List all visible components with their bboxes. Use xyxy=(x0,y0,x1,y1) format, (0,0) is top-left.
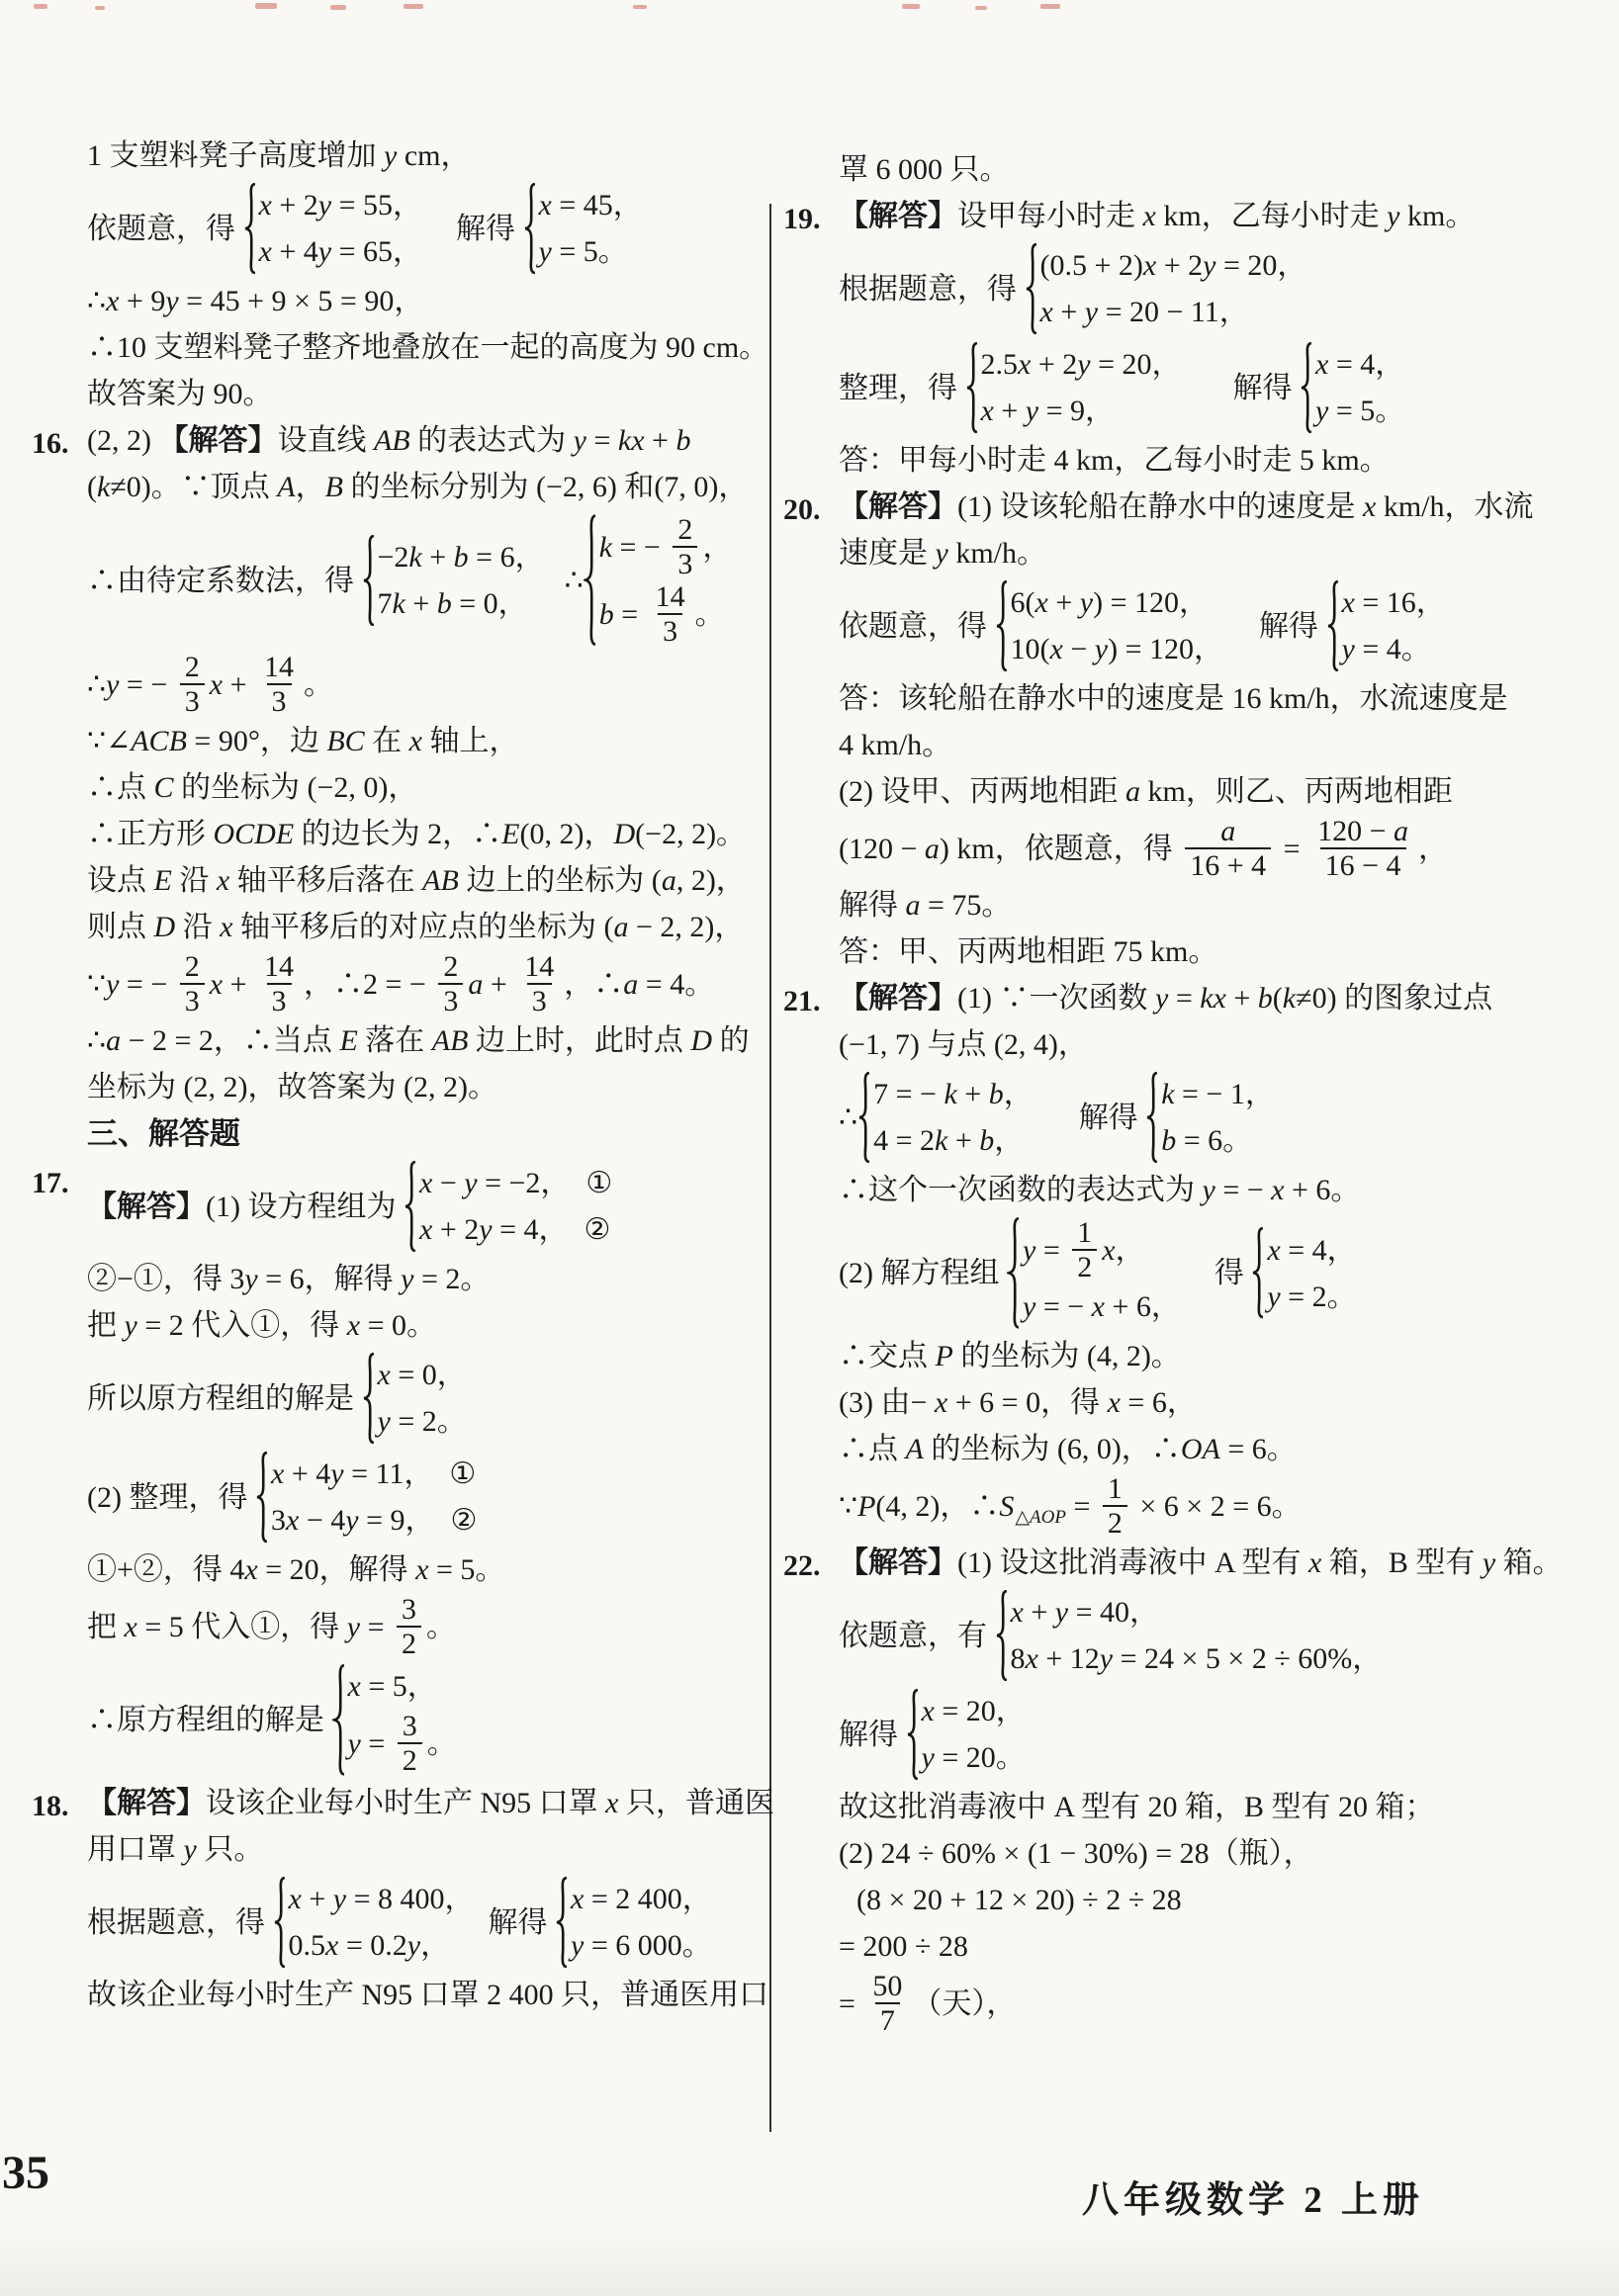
math-variable: y xyxy=(1483,1540,1495,1586)
math-variable: a xyxy=(1220,815,1235,847)
math-variable: x xyxy=(922,1688,935,1734)
text-run: + xyxy=(422,534,454,580)
content-line: 故答案为 90。 xyxy=(87,371,769,417)
fraction-numerator: 50 xyxy=(867,1970,907,2002)
fraction: 143 xyxy=(259,651,299,718)
workbook-answer-page: 1 支塑料凳子高度增加 y cm，依题意，得 x + 2y = 55，x + 4… xyxy=(0,0,1619,2296)
equation-row: x − y = −2，① xyxy=(419,1160,612,1206)
fraction-numerator: 14 xyxy=(651,580,690,613)
left-brace-icon xyxy=(273,1877,286,1968)
fraction-denominator: 2 xyxy=(1072,1249,1097,1283)
math-variable: b xyxy=(1258,975,1273,1021)
equation-row: b = 143。 xyxy=(599,580,733,648)
fraction-denominator: 3 xyxy=(438,983,463,1017)
left-brace-icon xyxy=(1326,580,1339,671)
text-run: = 45， xyxy=(552,182,643,228)
text-run: 罩 6 000 只。 xyxy=(839,146,1010,193)
text-run: ∴由待定系数法，得 xyxy=(87,558,362,604)
text-run: 则点 xyxy=(87,904,154,950)
math-variable: a xyxy=(662,857,676,904)
equation-row: b = 6。 xyxy=(1161,1117,1275,1164)
math-variable: x xyxy=(1108,1379,1121,1426)
text-run: 解得 xyxy=(489,1899,556,1946)
equation-rows: x = 16，y = 4。 xyxy=(1342,579,1446,672)
left-brace-icon xyxy=(255,1452,268,1543)
text-run: 依题意，有 xyxy=(839,1613,995,1659)
right-column: 罩 6 000 只。19.【解答】设甲每小时走 x km，乙每小时走 y km。… xyxy=(839,146,1571,2037)
math-variable: x xyxy=(1092,1283,1105,1330)
math-variable: x xyxy=(1018,341,1031,388)
text-run: = 5 代入①，得 xyxy=(137,1604,347,1650)
math-variable: b xyxy=(599,591,614,638)
left-brace-icon xyxy=(584,514,596,646)
text-run: 答：甲、丙两地相距 75 km。 xyxy=(839,928,1217,975)
text-run: ∴交点 xyxy=(839,1333,936,1379)
text-run: ②−①，得 3 xyxy=(87,1256,244,1302)
fraction-numerator: 14 xyxy=(519,950,559,983)
bold-label: 【解答】 xyxy=(87,1780,206,1826)
text-run: ) = 120， xyxy=(1108,626,1223,672)
content-line: 把 x = 5 代入①，得 y = 32。 xyxy=(87,1593,769,1660)
math-variable: AB xyxy=(422,857,459,904)
text-run: + xyxy=(947,1117,979,1164)
text-run: 2 xyxy=(185,651,200,683)
equation-system: x = 2 400，y = 6 000。 xyxy=(555,1876,712,1969)
text-run: = 75。 xyxy=(921,882,1012,928)
text-run: = 24 × 5 × 2 ÷ 60%， xyxy=(1113,1635,1382,1682)
equation-system: y = 12x，y = − x + 6， xyxy=(1007,1216,1181,1330)
scan-artifact xyxy=(34,4,47,9)
text-run: ①+②，得 4 xyxy=(87,1546,244,1593)
equation-system: 7 = − k + b，4 = 2k + b， xyxy=(857,1071,1034,1164)
fraction: 23 xyxy=(180,950,205,1017)
math-variable: x xyxy=(935,1379,947,1426)
content-line: ∴这个一次函数的表达式为 y = − x + 6。 xyxy=(839,1167,1571,1213)
text-run: −2 xyxy=(378,534,409,580)
math-variable: y xyxy=(574,417,586,464)
text-run: = 2。 xyxy=(414,1256,491,1302)
math-variable: x xyxy=(1143,242,1156,289)
text-run: 14 xyxy=(524,950,554,983)
text-run: = xyxy=(586,417,618,464)
equation-row: 2.5x + 2y = 20， xyxy=(981,341,1182,388)
equation-row: (0.5 + 2)x + 2y = 20， xyxy=(1040,242,1307,289)
math-variable: A xyxy=(906,1426,924,1472)
equation-row: x = 45， xyxy=(539,182,643,228)
math-variable: k xyxy=(944,1071,956,1117)
equation-system: x + y = 40，8x + 12y = 24 × 5 × 2 ÷ 60%， xyxy=(995,1589,1383,1682)
math-variable: x xyxy=(1011,1589,1024,1635)
math-variable: x xyxy=(981,388,994,434)
equation-rows: −2k + b = 6，7k + b = 0， xyxy=(378,534,545,627)
math-variable: y xyxy=(1095,626,1108,672)
text-run: 。 xyxy=(695,591,725,638)
equation-row: y = 6 000。 xyxy=(571,1922,712,1969)
content-line: 答：甲、丙两地相距 75 km。 xyxy=(839,928,1571,975)
text-run: + 6。 xyxy=(1285,1167,1361,1213)
text-run: 设点 xyxy=(87,857,154,904)
math-variable: x xyxy=(217,857,229,904)
text-run: = 6 000。 xyxy=(584,1922,711,1969)
text-run: = −2， xyxy=(478,1160,571,1206)
spacer xyxy=(1182,388,1233,389)
text-run: (2) 解方程组 xyxy=(839,1250,1007,1296)
equation-rows: y = 12x，y = − x + 6， xyxy=(1023,1216,1181,1330)
left-brace-icon xyxy=(362,535,375,626)
math-variable: x xyxy=(1050,626,1063,672)
text-run: + xyxy=(645,417,676,464)
content-line: ∴点 C 的坐标为 (−2, 0)， xyxy=(87,764,769,811)
math-variable: ACB xyxy=(131,718,187,764)
section-heading: 三、解答题 xyxy=(87,1110,769,1157)
math-variable: y xyxy=(1026,388,1038,434)
equation-row: y = 32。 xyxy=(348,1710,457,1777)
content-line: 【解答】(1) 设该轮船在静水中的速度是 x km/h，水流 xyxy=(839,484,1571,530)
content-line: ∴a − 2 = 2，∴当点 E 落在 AB 边上时，此时点 D 的 xyxy=(87,1017,769,1064)
math-variable: x xyxy=(325,1922,338,1969)
text-run: ∴ xyxy=(87,1017,106,1064)
text-run: 沿 xyxy=(172,857,217,904)
text-run: ( xyxy=(1273,975,1283,1021)
math-variable: S xyxy=(999,1483,1014,1530)
math-variable: x xyxy=(419,1206,432,1253)
text-run: , 2)， xyxy=(676,857,746,904)
text-run: km，乙每小时走 xyxy=(1156,193,1387,239)
equation-system: 6(x + y) = 120，10(x − y) = 120， xyxy=(995,579,1224,672)
bold-label: 【解答】 xyxy=(158,417,277,464)
content-line: (3) 由− x + 6 = 0，得 x = 6， xyxy=(839,1379,1571,1426)
text-run: = 5。 xyxy=(1328,388,1404,434)
continuation-text: 罩 6 000 只。 xyxy=(839,146,1571,193)
text-run: 。 xyxy=(427,1721,457,1767)
content-line: ∴交点 P 的坐标为 (4, 2)。 xyxy=(839,1333,1571,1379)
equation-system: x = 45，y = 5。 xyxy=(523,182,643,275)
text-run: ) km，依题意，得 xyxy=(940,826,1180,872)
math-variable: y xyxy=(184,1826,197,1873)
math-variable: D xyxy=(690,1017,712,1064)
math-variable: E xyxy=(501,811,519,857)
text-run: (2) 24 ÷ 60% × (1 − 30%) = 28（瓶）， xyxy=(839,1830,1313,1877)
text-run: = 0， xyxy=(452,580,528,627)
math-variable: y xyxy=(348,1721,361,1767)
text-run: 解得 xyxy=(1079,1095,1146,1141)
equation-rows: k = − 23，b = 143。 xyxy=(599,513,733,648)
equation-system: x + y = 8 400，0.5x = 0.2y， xyxy=(273,1876,475,1969)
equation-rows: x + 2y = 55，x + 4y = 65， xyxy=(259,182,423,275)
math-variable: a xyxy=(623,961,638,1008)
problem-number: 17. xyxy=(32,1160,69,1206)
equation-label: ① xyxy=(585,1160,612,1206)
math-variable: b xyxy=(1161,1117,1176,1164)
text-run: = 90°，边 xyxy=(187,718,326,764)
math-variable: x xyxy=(605,1780,618,1826)
text-run: ∵∠ xyxy=(87,718,131,764)
equation-row: 7k + b = 0， xyxy=(378,580,545,627)
content-line: 故该企业每小时生产 N95 口罩 2 400 只，普通医用口 xyxy=(87,1972,769,2018)
bold-label: 【解答】 xyxy=(839,1540,957,1586)
column-divider-rule xyxy=(769,204,771,2132)
text-run: 用口罩 xyxy=(87,1826,184,1873)
text-run: = 20 − 11， xyxy=(1098,289,1249,335)
text-run: (4, 2)，∴ xyxy=(875,1483,999,1530)
math-variable: y xyxy=(1203,242,1215,289)
fraction-numerator: 1 xyxy=(1072,1216,1097,1249)
text-run: 速度是 xyxy=(839,530,936,576)
text-run: + 12 xyxy=(1038,1635,1100,1682)
fraction-numerator: a xyxy=(1215,815,1240,847)
math-variable: y xyxy=(479,1206,492,1253)
math-variable: kx xyxy=(1200,975,1226,1021)
text-run: = 200 ÷ 28 xyxy=(839,1923,968,1970)
fraction-denominator: 7 xyxy=(875,2002,900,2037)
text-run: (1) ∵一次函数 xyxy=(957,975,1155,1021)
text-run: 依题意，得 xyxy=(839,603,995,650)
text-run: 2 xyxy=(443,950,458,983)
text-run: + 2 xyxy=(1156,242,1203,289)
text-run: 7 = − xyxy=(873,1071,944,1117)
text-run: 的表达式为 xyxy=(410,417,574,464)
text-run: 答：甲每小时走 4 km，乙每小时走 5 km。 xyxy=(839,437,1390,484)
text-run: 把 xyxy=(87,1604,125,1650)
problem-item: 16.(2, 2) 【解答】设直线 AB 的表达式为 y = kx + b(k≠… xyxy=(87,417,769,1110)
content-line: 坐标为 (2, 2)，故答案为 (2, 2)。 xyxy=(87,1064,769,1110)
text-run: 3 xyxy=(677,548,692,580)
fraction-denominator: 3 xyxy=(658,613,682,648)
fraction: 120 − a16 − 4 xyxy=(1312,815,1413,882)
text-run: = 11， xyxy=(344,1451,434,1497)
math-variable: x xyxy=(259,228,272,275)
math-variable: y xyxy=(378,1398,391,1445)
text-run: = 55， xyxy=(331,182,422,228)
fraction-denominator: 3 xyxy=(527,983,552,1017)
math-variable: P xyxy=(936,1333,953,1379)
spacer xyxy=(1223,626,1259,627)
text-run: = 20，解得 xyxy=(258,1546,415,1593)
text-run: 根据题意，得 xyxy=(839,266,1025,312)
text-run: + xyxy=(302,1876,333,1922)
math-variable: y xyxy=(922,1734,935,1781)
equation-row: x + y = 9， xyxy=(981,388,1182,434)
text-run: 14 xyxy=(264,651,294,683)
text-run: ， xyxy=(1116,1227,1145,1274)
text-run: 0.5 xyxy=(289,1922,326,1969)
text-run: = xyxy=(1276,826,1307,872)
fraction-numerator: 3 xyxy=(398,1710,422,1742)
content-line: ∴x + 9y = 45 + 9 × 5 = 90， xyxy=(87,278,769,324)
text-run: 16 − 4 xyxy=(1325,849,1401,882)
text-run: 轴上， xyxy=(422,718,519,764)
math-variable: k xyxy=(97,464,110,510)
math-variable: OCDE xyxy=(214,811,295,857)
text-run: （天）， xyxy=(912,1981,1016,2027)
text-run: ∴10 支塑料凳子整齐地叠放在一起的高度为 90 cm。 xyxy=(87,324,768,371)
left-brace-icon xyxy=(857,1072,870,1163)
spacer xyxy=(475,1922,489,1923)
math-variable: y xyxy=(318,182,331,228)
text-run: + xyxy=(483,961,514,1008)
math-variable: y xyxy=(571,1922,584,1969)
continuation-text: 1 支塑料凳子高度增加 y cm，依题意，得 x + 2y = 55，x + 4… xyxy=(87,132,769,417)
text-run: 6( xyxy=(1011,579,1035,626)
content-line: 答：甲每小时走 4 km，乙每小时走 5 km。 xyxy=(839,437,1571,484)
text-run: 2 xyxy=(403,1744,417,1777)
text-run: = xyxy=(614,591,646,638)
text-run: 14 xyxy=(656,580,685,613)
text-run: = 2 代入①，得 xyxy=(137,1302,347,1349)
math-variable: a xyxy=(1394,815,1408,847)
equation-system: x = 20，y = 20。 xyxy=(906,1688,1026,1781)
math-variable: b xyxy=(989,1071,1004,1117)
fraction-numerator: 1 xyxy=(1103,1472,1127,1505)
text-run: 2 xyxy=(677,513,692,546)
equation-row: x + 4y = 11，① xyxy=(271,1451,477,1497)
text-run: ， xyxy=(1418,826,1448,872)
content-line: ∴点 A 的坐标为 (6, 0)，∴OA = 6。 xyxy=(839,1426,1571,1472)
text-run: 3 xyxy=(272,985,287,1017)
equation-system: x = 16，y = 4。 xyxy=(1326,579,1446,672)
text-run: (1) 设方程组为 xyxy=(206,1184,404,1230)
math-variable: x xyxy=(271,1451,284,1497)
content-line: ∴由待定系数法，得 −2k + b = 6，7k + b = 0，∴k = − … xyxy=(87,510,769,651)
text-run: 8 xyxy=(1011,1635,1026,1682)
math-variable: y xyxy=(106,662,119,708)
text-run: 故答案为 90。 xyxy=(87,371,273,417)
left-brace-icon xyxy=(362,1353,375,1444)
math-variable: y xyxy=(1342,626,1355,672)
content-line: 设点 E 沿 x 轴平移后落在 AB 边上的坐标为 (a, 2)， xyxy=(87,857,769,904)
text-run: = 20， xyxy=(935,1688,1026,1734)
text-run: = − xyxy=(1035,1283,1091,1330)
math-variable: P xyxy=(857,1483,875,1530)
text-run: cm， xyxy=(397,132,470,179)
math-variable: x xyxy=(1342,579,1355,626)
text-run: + xyxy=(1024,1589,1055,1635)
math-variable: y xyxy=(936,530,948,576)
text-run: ， xyxy=(420,1922,450,1969)
problem-number: 22. xyxy=(783,1543,821,1589)
text-run: 设该企业每小时生产 N95 口罩 xyxy=(206,1780,605,1826)
math-variable: y xyxy=(345,1497,358,1544)
text-run: = xyxy=(839,1981,862,2027)
equation-label: ② xyxy=(584,1206,610,1253)
math-variable: BC xyxy=(326,718,364,764)
fraction: 12 xyxy=(1103,1472,1127,1540)
text-run: = xyxy=(361,1721,393,1767)
equation-rows: x = 45，y = 5。 xyxy=(539,182,643,275)
math-subscript: △AOP xyxy=(1015,1494,1066,1541)
equation-rows: x = 5，y = 32。 xyxy=(348,1663,457,1777)
text-run: 3 xyxy=(185,685,200,718)
content-line: 用口罩 y 只。 xyxy=(87,1826,769,1873)
fraction: 23 xyxy=(673,513,697,580)
text-run: 依题意，得 xyxy=(87,206,243,252)
text-run: + xyxy=(223,662,254,708)
text-run: 的坐标为 (6, 0)，∴ xyxy=(924,1426,1181,1472)
fraction: 507 xyxy=(867,1970,907,2037)
fraction-denominator: 2 xyxy=(397,1626,421,1660)
math-variable: a xyxy=(925,826,940,872)
math-variable: y xyxy=(333,1876,346,1922)
equation-row: 3x − 4y = 9，② xyxy=(271,1497,477,1544)
content-line: 依题意，有 x + y = 40，8x + 12y = 24 × 5 × 2 ÷… xyxy=(839,1586,1571,1685)
equation-rows: (0.5 + 2)x + 2y = 20，x + y = 20 − 11， xyxy=(1040,242,1307,335)
text-run: + xyxy=(223,961,254,1008)
text-run: ∵ xyxy=(87,961,106,1008)
math-variable: k xyxy=(935,1117,947,1164)
text-run: 3 xyxy=(532,985,547,1017)
scan-artifact xyxy=(975,6,987,10)
problem-item: 17.【解答】(1) 设方程组为 x − y = −2，①x + 2y = 4，… xyxy=(87,1157,769,1780)
text-run: (2, 2) xyxy=(87,417,158,464)
text-run: ∴点 xyxy=(87,764,154,811)
fraction: 32 xyxy=(397,1593,421,1660)
text-run: + 2 xyxy=(272,182,318,228)
content-line: 整理，得 2.5x + 2y = 20，x + y = 9，解得 x = 4，y… xyxy=(839,338,1571,437)
scan-artifact xyxy=(330,5,346,10)
content-line: = 507（天）， xyxy=(839,1970,1571,2037)
text-run: = 0， xyxy=(391,1352,467,1398)
fraction-denominator: 2 xyxy=(398,1742,422,1777)
content-line: 根据题意，得 (0.5 + 2)x + 2y = 20，x + y = 20 −… xyxy=(839,239,1571,338)
math-variable: AB xyxy=(374,417,410,464)
text-run: ∴正方形 xyxy=(87,811,214,857)
equation-row: x + y = 20 − 11， xyxy=(1040,289,1307,335)
text-run: 2 xyxy=(402,1628,416,1660)
math-variable: x xyxy=(347,1302,360,1349)
left-column: 1 支塑料凳子高度增加 y cm，依题意，得 x + 2y = 55，x + 4… xyxy=(87,132,769,2018)
text-run: ， xyxy=(994,1117,1024,1164)
text-run: = 6， xyxy=(1121,1379,1197,1426)
scan-artifact xyxy=(404,4,423,9)
math-variable: k xyxy=(599,524,612,571)
math-variable: x xyxy=(210,662,223,708)
content-line: ②−①，得 3y = 6，解得 y = 2。 xyxy=(87,1256,769,1302)
content-line: 所以原方程组的解是 x = 0，y = 2。 xyxy=(87,1349,769,1448)
problem-item: 21.【解答】(1) ∵一次函数 y = kx + b(k≠0) 的图象过点(−… xyxy=(839,975,1571,1540)
text-run: 的边长为 2，∴ xyxy=(294,811,501,857)
math-variable: y xyxy=(330,1451,343,1497)
text-run: ∴ xyxy=(839,1095,857,1141)
problem-item: 18.【解答】设该企业每小时生产 N95 口罩 x 只，普通医用口罩 y 只。根… xyxy=(87,1780,769,2018)
text-run: 3 xyxy=(402,1593,416,1626)
math-variable: y xyxy=(384,132,397,179)
text-run: = − xyxy=(119,662,174,708)
left-brace-icon xyxy=(1007,1217,1020,1329)
text-run: + xyxy=(957,1071,989,1117)
text-run: 把 xyxy=(87,1302,125,1349)
text-run: ) = 120， xyxy=(1093,579,1209,626)
equation-system: x = 5，y = 32。 xyxy=(332,1663,457,1777)
equation-row: 10(x − y) = 120， xyxy=(1011,626,1224,672)
text-run: 的坐标为 (−2, 0)， xyxy=(174,764,418,811)
math-variable: x xyxy=(571,1876,584,1922)
text-run: ∵ xyxy=(839,1483,857,1530)
text-run: 答：该轮船在静水中的速度是 16 km/h，水流速度是 xyxy=(839,675,1508,722)
content-line: 罩 6 000 只。 xyxy=(839,146,1571,193)
content-line: 4 km/h。 xyxy=(839,722,1571,768)
problem-number: 21. xyxy=(783,978,821,1024)
text-run: 50 xyxy=(872,1970,902,2002)
fraction-numerator: 14 xyxy=(259,950,299,983)
content-line: (2) 整理，得 x + 4y = 11，①3x − 4y = 9，② xyxy=(87,1448,769,1546)
spacer xyxy=(1181,1273,1214,1274)
math-variable: y xyxy=(1100,1635,1113,1682)
equation-row: y = − x + 6， xyxy=(1023,1283,1181,1330)
math-variable: y xyxy=(401,1256,413,1302)
math-variable: y xyxy=(1023,1283,1035,1330)
math-variable: a xyxy=(106,1017,121,1064)
math-variable: x xyxy=(1102,1227,1115,1274)
